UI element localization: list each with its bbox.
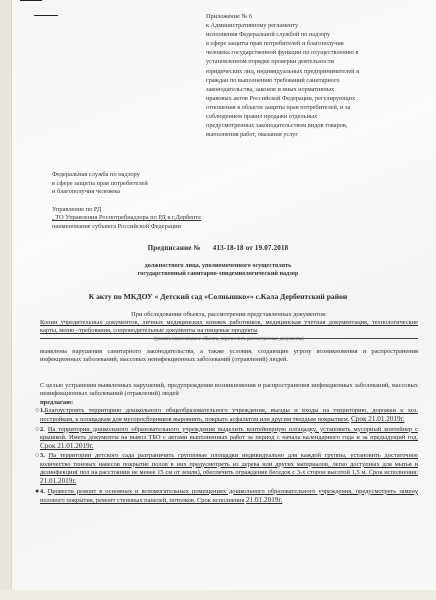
appendix-line: установленном порядке проверки деятельно… xyxy=(206,57,428,66)
subtitle-line: должностного лица, уполномоченного осуще… xyxy=(0,262,436,270)
office-name: _ТО Управления Роспотребнадзора по РД в … xyxy=(52,214,252,223)
appendix-line: исполнения Федеральной службой по надзор… xyxy=(206,30,428,39)
appendix-line: соблюдением правил продажи отдельных xyxy=(206,112,428,121)
appendix-line: правовых актов Российской Федерации, рег… xyxy=(206,94,428,103)
appendix-header: Приложение № 6 к Административному регла… xyxy=(206,12,428,139)
appendix-line: предусмотренных законодательством видов … xyxy=(206,121,428,130)
appendix-line: в сфере защиты прав потребителей и благо… xyxy=(206,39,428,48)
propose-label: предлагаю: xyxy=(40,399,73,406)
order-label: Предписание № xyxy=(148,244,201,252)
documents-list: Копии учредительных документов, личных м… xyxy=(40,319,418,335)
agency-line: Федеральная служба по надзору xyxy=(52,171,252,180)
documents-caption: (указать наименование объекта, перечисли… xyxy=(40,337,418,342)
staple-mark xyxy=(20,0,42,1)
agency-line: в сфере защиты прав потребителей xyxy=(52,180,252,189)
margin-check-icon: ○ xyxy=(35,406,39,414)
scanner-bed-edge xyxy=(0,590,436,600)
agency-block: Федеральная служба по надзору в сфере за… xyxy=(52,171,252,232)
margin-check-icon: ○ xyxy=(35,425,39,433)
subtitle-line: государственный санитарно-эпидемиологиче… xyxy=(0,270,436,278)
act-intro: При обследовании объекта, рассмотрении п… xyxy=(40,311,418,319)
order-item: ○ 3. На территории детского сада разгран… xyxy=(40,452,418,486)
appendix-line: выполнения работ, оказания услуг xyxy=(206,130,428,139)
margin-check-icon: ● xyxy=(35,487,39,495)
order-item: ● 4. Провести ремонт в основных и вспомо… xyxy=(40,488,418,506)
order-item: ○ 1.Благоустроить территорию дошкольного… xyxy=(40,407,418,425)
appendix-line: законодательства, законов и иных нормати… xyxy=(206,85,428,94)
appendix-line: отношения в области защиты прав потребит… xyxy=(206,103,428,112)
office-caption: наименование субъекта Российской Федерац… xyxy=(52,223,252,232)
agency-line: и благополучия человека xyxy=(52,188,252,197)
appendix-line: к Административному регламенту xyxy=(206,21,428,30)
margin-check-icon: ○ xyxy=(35,451,39,459)
order-item: ○ 2. На территории дошкольного образоват… xyxy=(40,426,418,452)
act-title: К акту по МКДОУ « Детский сад «Солнышко»… xyxy=(0,292,436,301)
purpose-text: С целью устранения выявленных нарушений,… xyxy=(40,382,418,398)
appendix-line: Приложение № 6 xyxy=(206,12,428,21)
order-title: Предписание № 413-18-18 от 19.07.2018 xyxy=(0,244,436,252)
order-date: от 19.07.2018 xyxy=(246,244,289,252)
findings-text: выявлены нарушения санитарного законодат… xyxy=(40,348,418,364)
order-number: 413-18-18 xyxy=(213,244,244,252)
appendix-line: граждан по выполнению требований санитар… xyxy=(206,76,428,85)
documents-section: При обследовании объекта, рассмотрении п… xyxy=(40,311,418,339)
order-subtitle: должностного лица, уполномоченного осуще… xyxy=(0,262,436,278)
appendix-line: человека государственной функции по осущ… xyxy=(206,48,428,57)
appendix-line: юридических лиц, индивидуальных предприн… xyxy=(206,67,428,76)
order-items: ○ 1.Благоустроить территорию дошкольного… xyxy=(40,407,418,506)
staple-mark xyxy=(34,15,58,16)
department: Управление по РД xyxy=(52,206,252,215)
